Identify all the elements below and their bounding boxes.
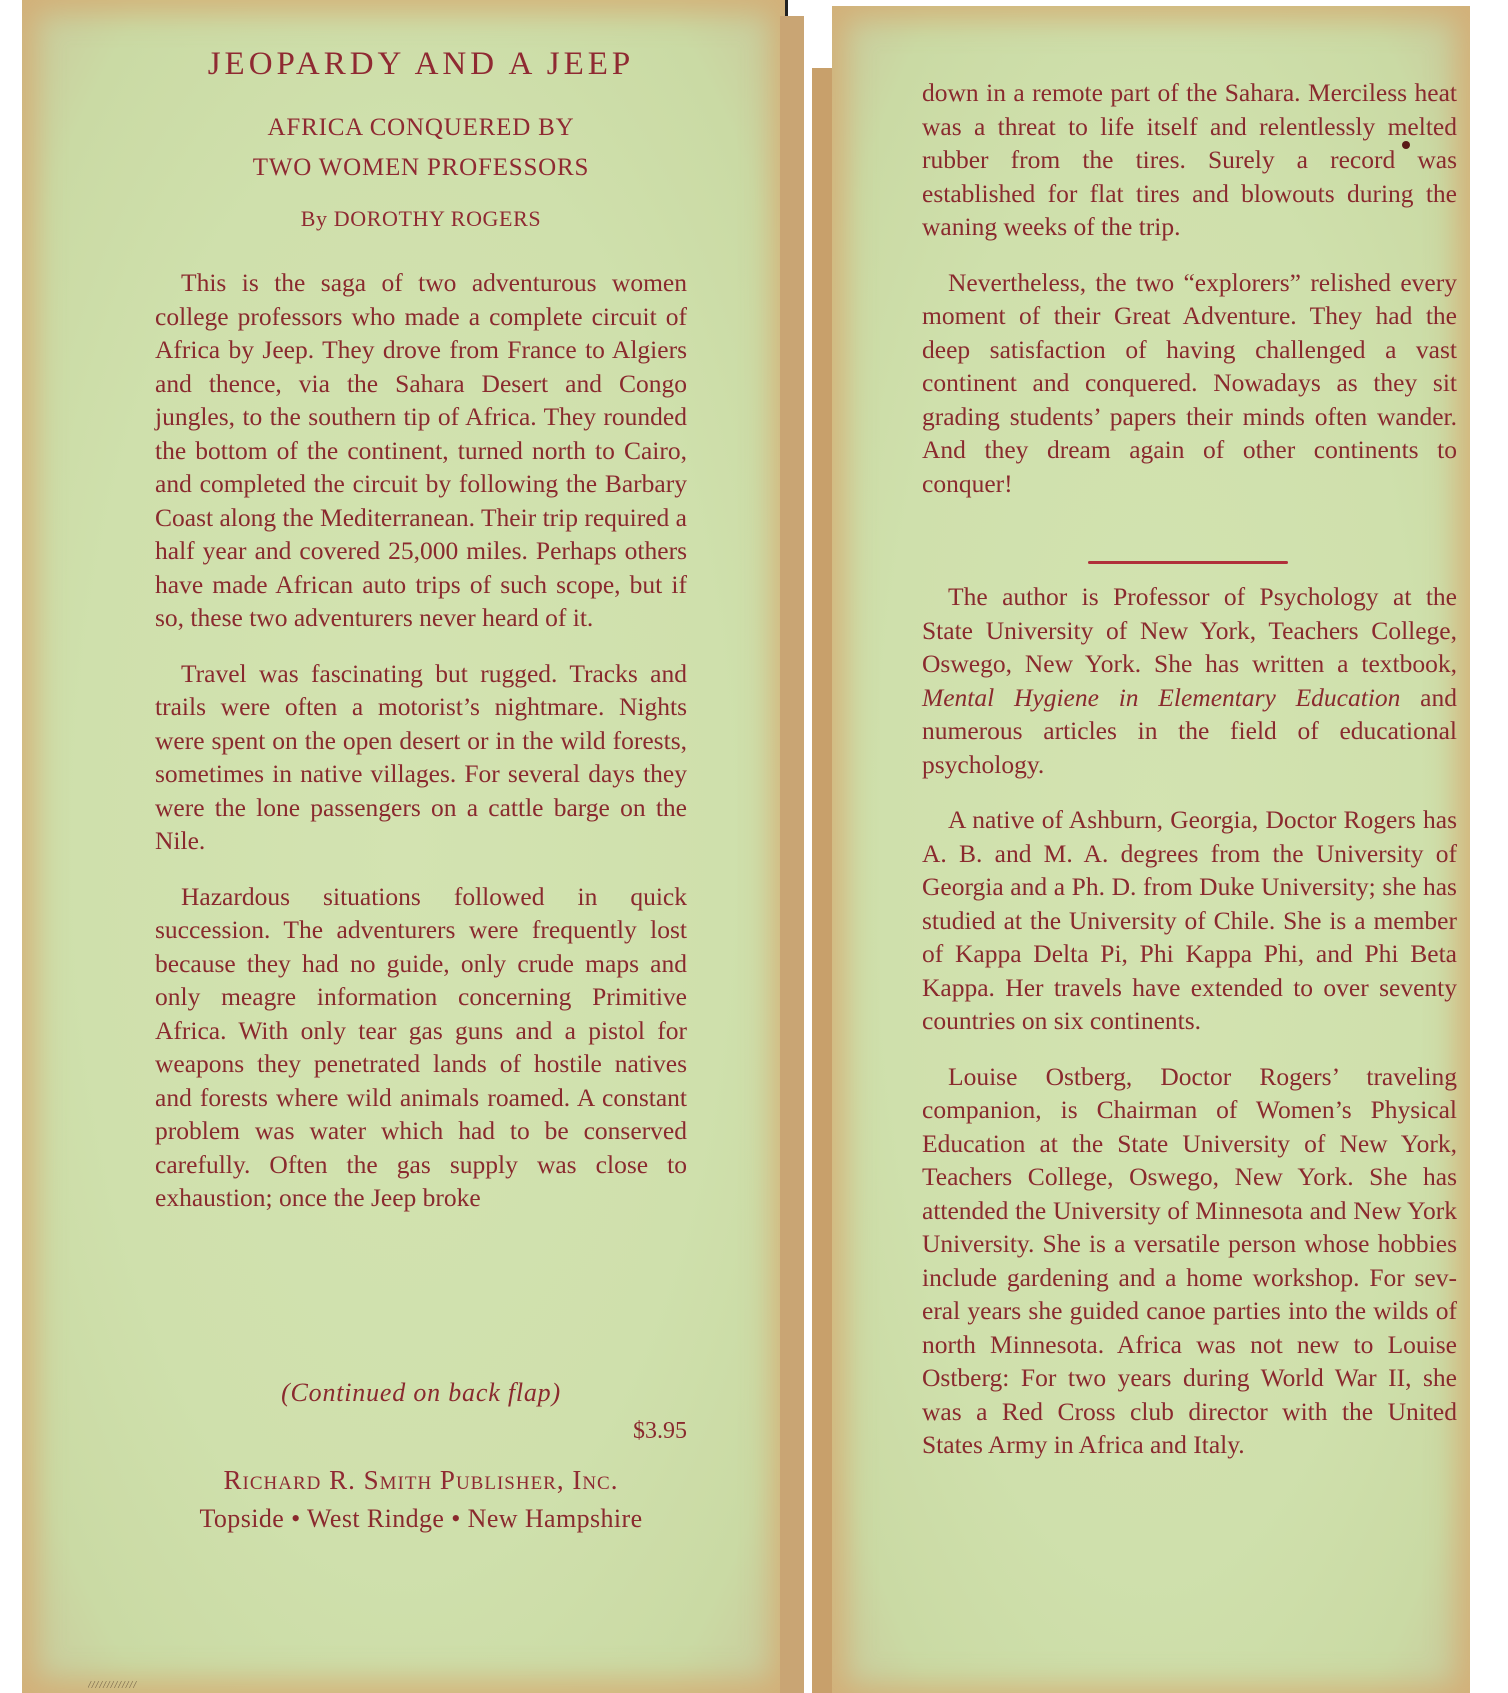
companion-bio-paragraph: Louise Ostberg, Doctor Rogers’ traveling… [922,1060,1457,1462]
back-flap-text: down in a remote part of the Sahara. Mer… [922,76,1457,1484]
author-background-paragraph: A native of Ashburn, Georgia, Doctor Rog… [922,803,1457,1038]
author-byline: By DOROTHY ROGERS [155,206,687,232]
book-subtitle: AFRICA CONQUERED BY TWO WOMEN PROFESSORS [155,108,687,188]
subtitle-line-1: AFRICA CONQUERED BY [155,108,687,148]
ink-spot [1402,141,1410,149]
subtitle-line-2: TWO WOMEN PROFESSORS [155,148,687,188]
front-paragraph: Hazardous situations followed in quick s… [155,880,687,1215]
bio-text-before: The author is Professor of Psychology at… [922,582,1457,678]
textbook-title: Mental Hygiene in Elemen­tary Education [922,683,1400,712]
back-paragraph: Nevertheless, the two “explorers” relish… [922,266,1457,501]
front-flap-text: This is the saga of two adventurous wome… [155,266,687,1215]
back-paragraph: down in a remote part of the Sahara. Mer… [922,76,1457,244]
publisher-name: Richard R. Smith Publisher, Inc. [155,1465,687,1496]
back-flap-edge-strip [812,68,832,1693]
spine-edge-strip [780,16,804,1693]
continued-note: (Continued on back flap) [155,1378,687,1408]
byline-prefix: By [301,206,328,231]
scan-gap [806,0,809,1693]
front-paragraph: Travel was fascinating but rugged. Track… [155,657,687,858]
price-label: $3.95 [155,1418,687,1445]
author-bio-paragraph: The author is Professor of Psychology at… [922,580,1457,781]
front-paragraph: This is the saga of two adventurous wome… [155,266,687,635]
author-name: DOROTHY ROGERS [334,206,541,231]
handwritten-mark: ///////////// [88,1680,278,1690]
section-divider [1088,561,1288,564]
publisher-address: Topside • West Rindge • New Hampshire [155,1504,687,1534]
book-title: JEOPARDY AND A JEEP [155,46,687,83]
